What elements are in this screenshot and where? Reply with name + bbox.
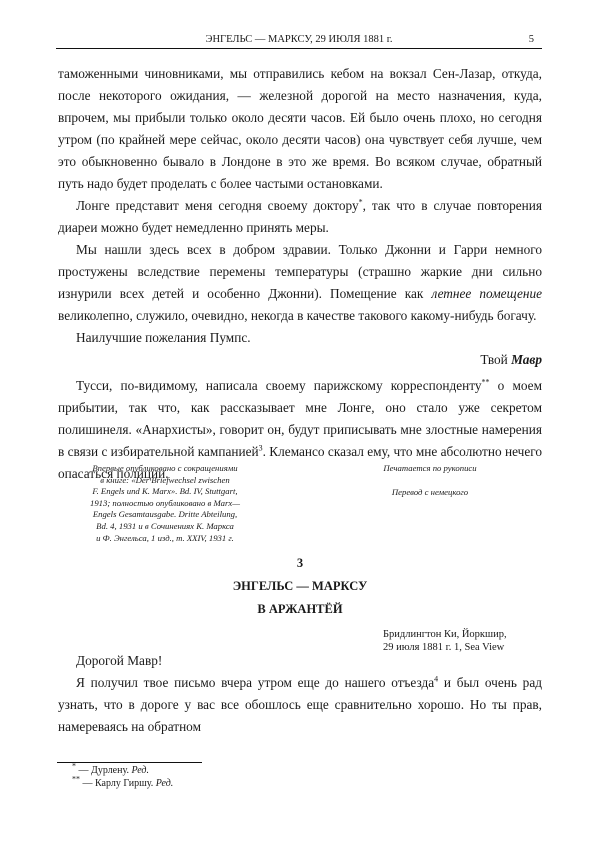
paragraph: Мы нашли здесь всех в добром здравии. То… xyxy=(58,239,542,327)
text: Лонге представит меня сегодня своему док… xyxy=(76,198,359,213)
translation-note: Перевод с немецкого xyxy=(350,487,510,499)
note-line: Engels Gesamtausgabe. Dritte Abteilung, xyxy=(70,509,260,521)
footnote-divider xyxy=(57,762,202,763)
note-line: F. Engels und K. Marx». Bd. IV, Stuttgar… xyxy=(70,486,260,498)
publication-note: Впервые опубликовано с сокращениями в кн… xyxy=(70,463,260,544)
next-letter-body: Дорогой Мавр! Я получил твое письмо вчер… xyxy=(58,650,542,738)
previous-letter-body: таможенными чиновниками, мы отправились … xyxy=(58,63,542,485)
signature: Твой Мавр xyxy=(58,349,542,371)
footnote-ref[interactable]: ** xyxy=(482,378,490,387)
footnote: * — Дурлену. Ред. xyxy=(72,764,173,777)
footnote-text: — Карлу Гиршу. xyxy=(80,778,156,789)
page-number: 5 xyxy=(529,34,534,45)
footnotes: * — Дурлену. Ред. ** — Карлу Гиршу. Ред. xyxy=(72,764,173,790)
text: Тусси, по-видимому, написала своему пари… xyxy=(76,378,482,393)
emphasis: летнее помещение xyxy=(431,286,542,301)
text: Я получил твое письмо вчера утром еще до… xyxy=(76,675,434,690)
place-line: Бридлингтон Ки, Йоркшир, xyxy=(383,628,507,641)
note-line: 1913; полностью опубликовано в Marx— xyxy=(70,498,260,510)
salutation: Дорогой Мавр! xyxy=(58,650,542,672)
note-line: Впервые опубликовано с сокращениями xyxy=(70,463,260,475)
source-note: Печатается по рукописи Перевод с немецко… xyxy=(350,463,510,498)
paragraph: Наилучшие пожелания Пумпс. xyxy=(58,327,542,349)
letter-destination: В АРЖАНТЁЙ xyxy=(58,602,542,617)
printed-from-note: Печатается по рукописи xyxy=(350,463,510,475)
running-title: ЭНГЕЛЬС — МАРКСУ, 29 ИЮЛЯ 1881 г. xyxy=(56,34,542,45)
signature-prefix: Твой xyxy=(480,352,511,367)
note-line: Bd. 4, 1931 и в Сочинениях К. Маркса xyxy=(70,521,260,533)
note-line: и Ф. Энгельса, 1 изд., т. XXIV, 1931 г. xyxy=(70,533,260,545)
running-header: ЭНГЕЛЬС — МАРКСУ, 29 ИЮЛЯ 1881 г. 5 xyxy=(56,34,542,49)
text: великолепно, служило, очевидно, некогда … xyxy=(58,308,537,323)
editor-mark: Ред. xyxy=(156,778,174,789)
editor-mark: Ред. xyxy=(131,765,149,776)
footnote-mark: ** xyxy=(72,775,80,784)
paragraph: Лонге представит меня сегодня своему док… xyxy=(58,195,542,239)
paragraph: таможенными чиновниками, мы отправились … xyxy=(58,63,542,195)
footnote: ** — Карлу Гиршу. Ред. xyxy=(72,777,173,790)
letter-number: 3 xyxy=(58,556,542,571)
note-line: в книге: «Der Briefwechsel zwischen xyxy=(70,475,260,487)
document-page: ЭНГЕЛЬС — МАРКСУ, 29 ИЮЛЯ 1881 г. 5 тамо… xyxy=(0,0,600,850)
signature-name: Мавр xyxy=(511,352,542,367)
letter-title: ЭНГЕЛЬС — МАРКСУ xyxy=(58,579,542,594)
paragraph: Я получил твое письмо вчера утром еще до… xyxy=(58,672,542,738)
footnote-text: — Дурлену. xyxy=(76,765,131,776)
